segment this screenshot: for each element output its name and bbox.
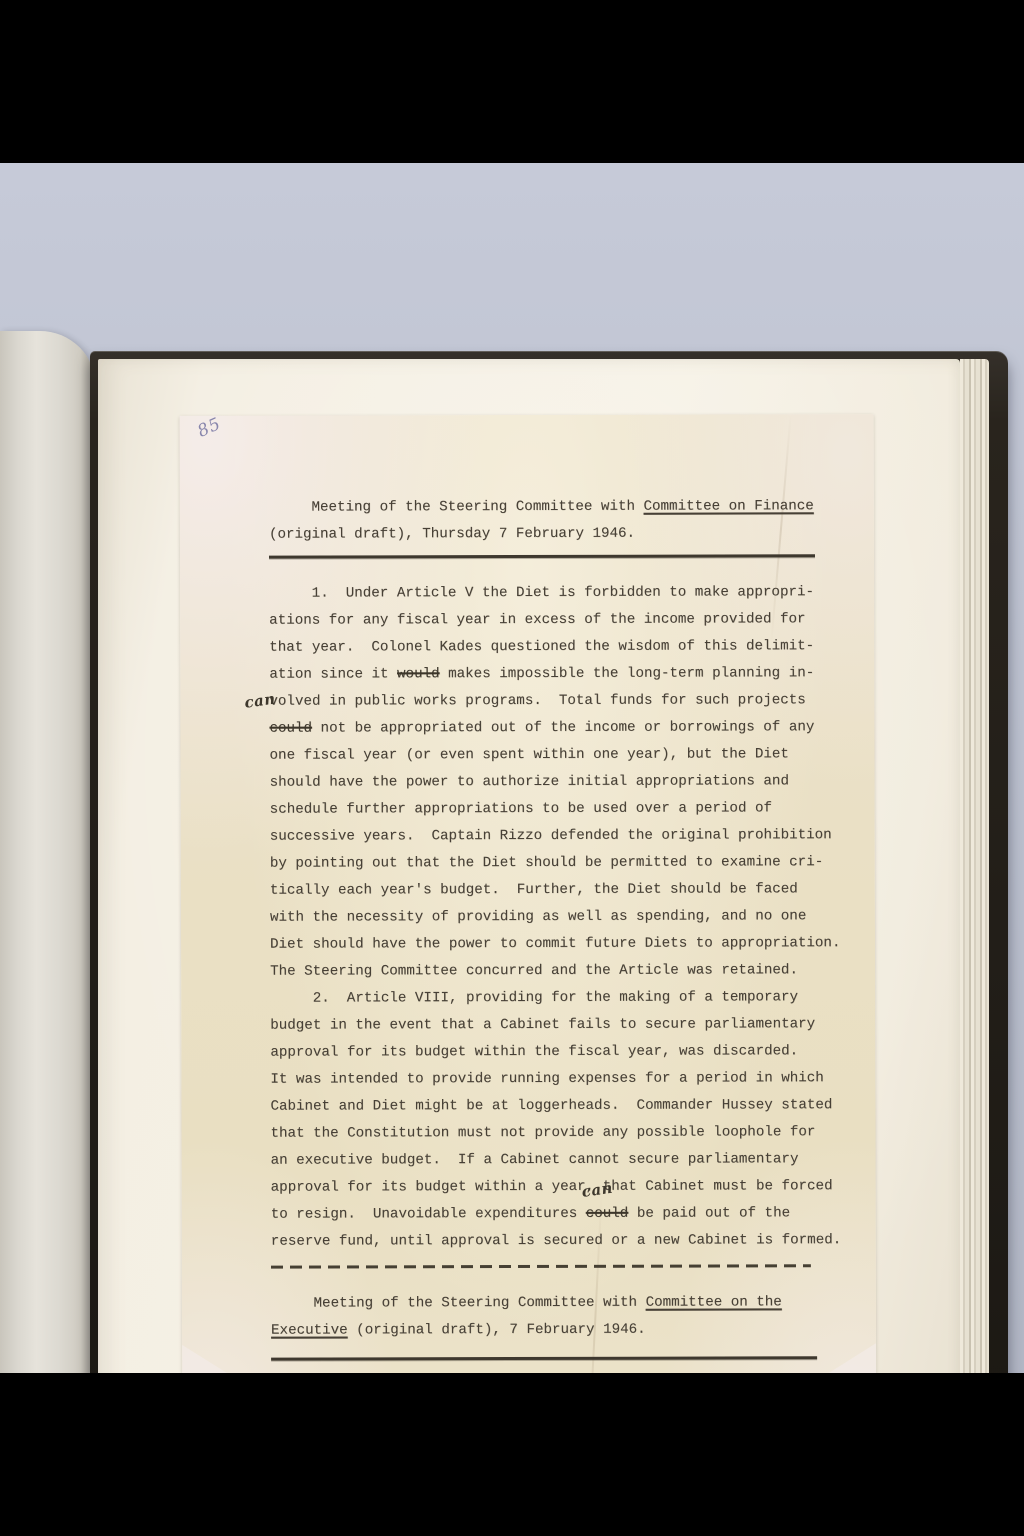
top-letterbox: [0, 0, 1024, 163]
flipped-page-edge: [0, 331, 96, 1535]
typed-line: that the Constitution must not provide a…: [270, 1119, 818, 1147]
underlined-text: Executive: [271, 1322, 348, 1338]
typed-line: Meeting of the Steering Committee with C…: [271, 1289, 819, 1317]
text-run: Diet should have the power to commit fut…: [270, 935, 840, 952]
typed-line: tically each year's budget. Further, the…: [270, 876, 818, 904]
typed-line: ation since it would makes impossible th…: [269, 660, 817, 688]
text-run: approval for its budget within the fisca…: [270, 1043, 798, 1060]
typed-line: schedule further appropriations to be us…: [270, 795, 818, 823]
text-run: It was intended to provide running expen…: [270, 1070, 823, 1087]
typed-line: 2. Article VIII, providing for the makin…: [270, 984, 818, 1012]
text-run: approval for its budget within a year, t…: [271, 1178, 833, 1195]
typed-line: that year. Colonel Kades questioned the …: [269, 633, 817, 661]
text-run: that year. Colonel Kades questioned the …: [269, 638, 814, 655]
typed-line: should have the power to authorize initi…: [270, 768, 818, 796]
typed-line: Meeting of the Steering Committee with C…: [269, 493, 817, 521]
text-run: 1. Under Article V the Diet is forbidden…: [269, 584, 814, 601]
typed-line: with the necessity of providing as well …: [270, 903, 818, 931]
text-run: 2. Article VIII, providing for the makin…: [270, 989, 798, 1006]
page-block-edges: [960, 359, 989, 1498]
struck-out-text: could: [269, 721, 312, 737]
text-run: not be appropriated out of the income or…: [312, 719, 814, 736]
typed-line: an executive budget. If a Cabinet cannot…: [271, 1146, 819, 1174]
separator-dashed: [271, 1264, 811, 1268]
typed-line: 1. Under Article V the Diet is forbidden…: [269, 579, 817, 607]
typed-line: budget in the event that a Cabinet fails…: [270, 1011, 818, 1039]
typed-line: approval for its budget within the fisca…: [270, 1038, 818, 1066]
typed-text: Meeting of the Steering Committee with C…: [269, 493, 819, 1436]
text-run: budget in the event that a Cabinet fails…: [270, 1016, 815, 1033]
typed-line: Diet should have the power to commit fut…: [270, 930, 818, 958]
typed-line: Executive (original draft), 7 February 1…: [271, 1316, 819, 1344]
folio-number: 85: [195, 414, 225, 442]
typed-sheet: 85 Meeting of the Steering Committee wit…: [180, 414, 877, 1455]
typed-line: reserve fund, until approval is secured …: [271, 1227, 819, 1255]
book-cover: 85 Meeting of the Steering Committee wit…: [90, 351, 1008, 1509]
text-run: one fiscal year (or even spent within on…: [270, 746, 789, 763]
text-run: The Steering Committee concurred and the…: [270, 962, 798, 979]
text-run: by pointing out that the Diet should be …: [270, 854, 823, 871]
text-run: an executive budget. If a Cabinet cannot…: [271, 1151, 799, 1168]
typed-line: ations for any fiscal year in excess of …: [269, 606, 817, 634]
text-run: schedule further appropriations to be us…: [270, 800, 772, 817]
text-run: Meeting of the Steering Committee with: [269, 499, 644, 516]
typed-line: volved in public works programs. Total f…: [269, 687, 817, 715]
text-run: tically each year's budget. Further, the…: [270, 881, 798, 898]
separator-rule: [271, 1356, 817, 1360]
text-run: Cabinet and Diet might be at loggerheads…: [270, 1097, 832, 1114]
typed-line: one fiscal year (or even spent within on…: [269, 741, 817, 769]
text-run: ations for any fiscal year in excess of …: [269, 611, 805, 628]
typed-line: It was intended to provide running expen…: [270, 1065, 818, 1093]
book-page: 85 Meeting of the Steering Committee wit…: [98, 359, 960, 1501]
typed-line: The Steering Committee concurred and the…: [270, 957, 818, 985]
text-run: reserve fund, until approval is secured …: [271, 1232, 841, 1249]
typed-line: by pointing out that the Diet should be …: [270, 849, 818, 877]
text-run: to resign. Unavoidable expenditures: [271, 1206, 586, 1223]
struck-out-text: would: [397, 666, 440, 682]
text-run: with the necessity of providing as well …: [270, 908, 806, 925]
text-run: that the Constitution must not provide a…: [270, 1124, 815, 1141]
typed-line: to resign. Unavoidable expenditures coul…: [271, 1200, 819, 1228]
typed-line: (original draft), Thursday 7 February 19…: [269, 520, 817, 548]
text-run: (original draft), Thursday 7 February 19…: [269, 526, 635, 543]
text-run: (original draft), 7 February 1946.: [348, 1322, 646, 1339]
text-run: should have the power to authorize initi…: [270, 773, 789, 790]
text-run: ation since it: [269, 666, 397, 682]
text-run: be paid out of the: [628, 1205, 790, 1221]
photo-backdrop: 85 Meeting of the Steering Committee wit…: [0, 163, 1024, 1373]
typed-line: approval for its budget within a year, t…: [271, 1173, 819, 1201]
typed-line: could not be appropriated out of the inc…: [269, 714, 817, 742]
separator-rule: [269, 554, 815, 558]
typed-line: successive years. Captain Rizzo defended…: [270, 822, 818, 850]
struck-out-text: could: [586, 1206, 629, 1222]
text-run: volved in public works programs. Total f…: [269, 692, 805, 709]
text-run: successive years. Captain Rizzo defended…: [270, 827, 832, 844]
typed-line: Cabinet and Diet might be at loggerheads…: [270, 1092, 818, 1120]
bottom-letterbox: [0, 1373, 1024, 1536]
text-run: makes impossible the long-term planning …: [440, 665, 815, 682]
underlined-text: Committee on the: [646, 1294, 782, 1310]
underlined-text: Committee on Finance: [643, 498, 813, 514]
text-run: Meeting of the Steering Committee with: [271, 1295, 646, 1312]
